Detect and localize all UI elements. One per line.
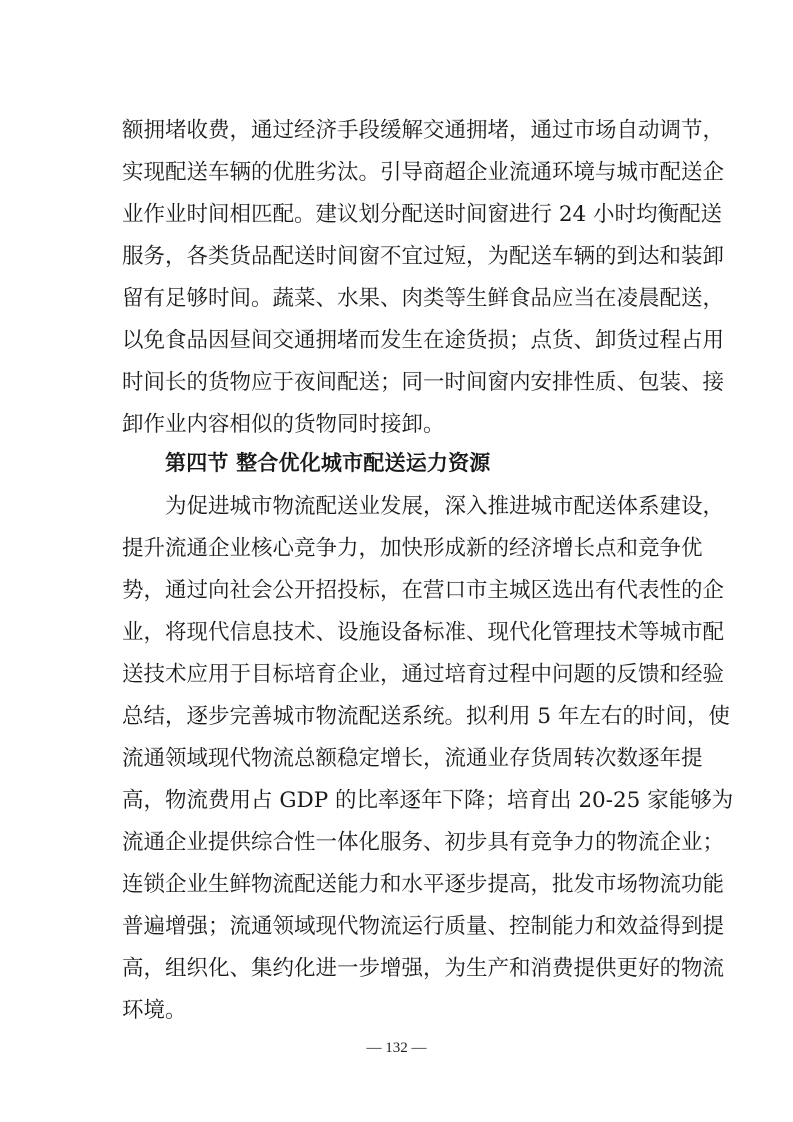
text-line: 以免食品因昼间交通拥堵而发生在途货损；点货、卸货过程占用 [122, 320, 674, 362]
text-line: 势，通过向社会公开招投标，在营口市主城区选出有代表性的企 [122, 570, 674, 612]
page-number: — 132 — [0, 1040, 793, 1057]
text-line: 服务，各类货品配送时间窗不宜过短，为配送车辆的到达和装卸 [122, 236, 674, 278]
text-line: 提升流通企业核心竞争力，加快形成新的经济增长点和竞争优 [122, 528, 674, 570]
text-line: 实现配送车辆的优胜劣汰。引导商超企业流通环境与城市配送企 [122, 152, 674, 194]
text-line: 额拥堵收费，通过经济手段缓解交通拥堵，通过市场自动调节， [122, 110, 674, 152]
text-line: 卸作业内容相似的货物同时接卸。 [122, 404, 674, 446]
text-line: 普遍增强；流通领域现代物流运行质量、控制能力和效益得到提 [122, 906, 674, 948]
text-line: 流通企业提供综合性一体化服务、初步具有竞争力的物流企业； [122, 822, 674, 864]
text-line: 业，将现代信息技术、设施设备标准、现代化管理技术等城市配 [122, 612, 674, 654]
text-line: 高，组织化、集约化进一步增强，为生产和消费提供更好的物流 [122, 948, 674, 990]
section-heading: 第四节 整合优化城市配送运力资源 [165, 442, 491, 484]
text-line: 连锁企业生鲜物流配送能力和水平逐步提高，批发市场物流功能 [122, 864, 674, 906]
text-line: 为促进城市物流配送业发展，深入推进城市配送体系建设， [165, 486, 674, 528]
text-line: 流通领域现代物流总额稳定增长，流通业存货周转次数逐年提 [122, 738, 674, 780]
text-line: 环境。 [122, 990, 674, 1032]
text-line: 送技术应用于目标培育企业，通过培育过程中问题的反馈和经验 [122, 654, 674, 696]
text-line: 总结，逐步完善城市物流配送系统。拟利用 5 年左右的时间，使 [122, 696, 674, 738]
text-line: 高，物流费用占 GDP 的比率逐年下降；培育出 20-25 家能够为 [122, 780, 674, 822]
text-line: 业作业时间相匹配。建议划分配送时间窗进行 24 小时均衡配送 [122, 194, 674, 236]
text-line: 时间长的货物应于夜间配送；同一时间窗内安排性质、包装、接 [122, 362, 674, 404]
text-line: 留有足够时间。蔬菜、水果、肉类等生鲜食品应当在凌晨配送， [122, 278, 674, 320]
